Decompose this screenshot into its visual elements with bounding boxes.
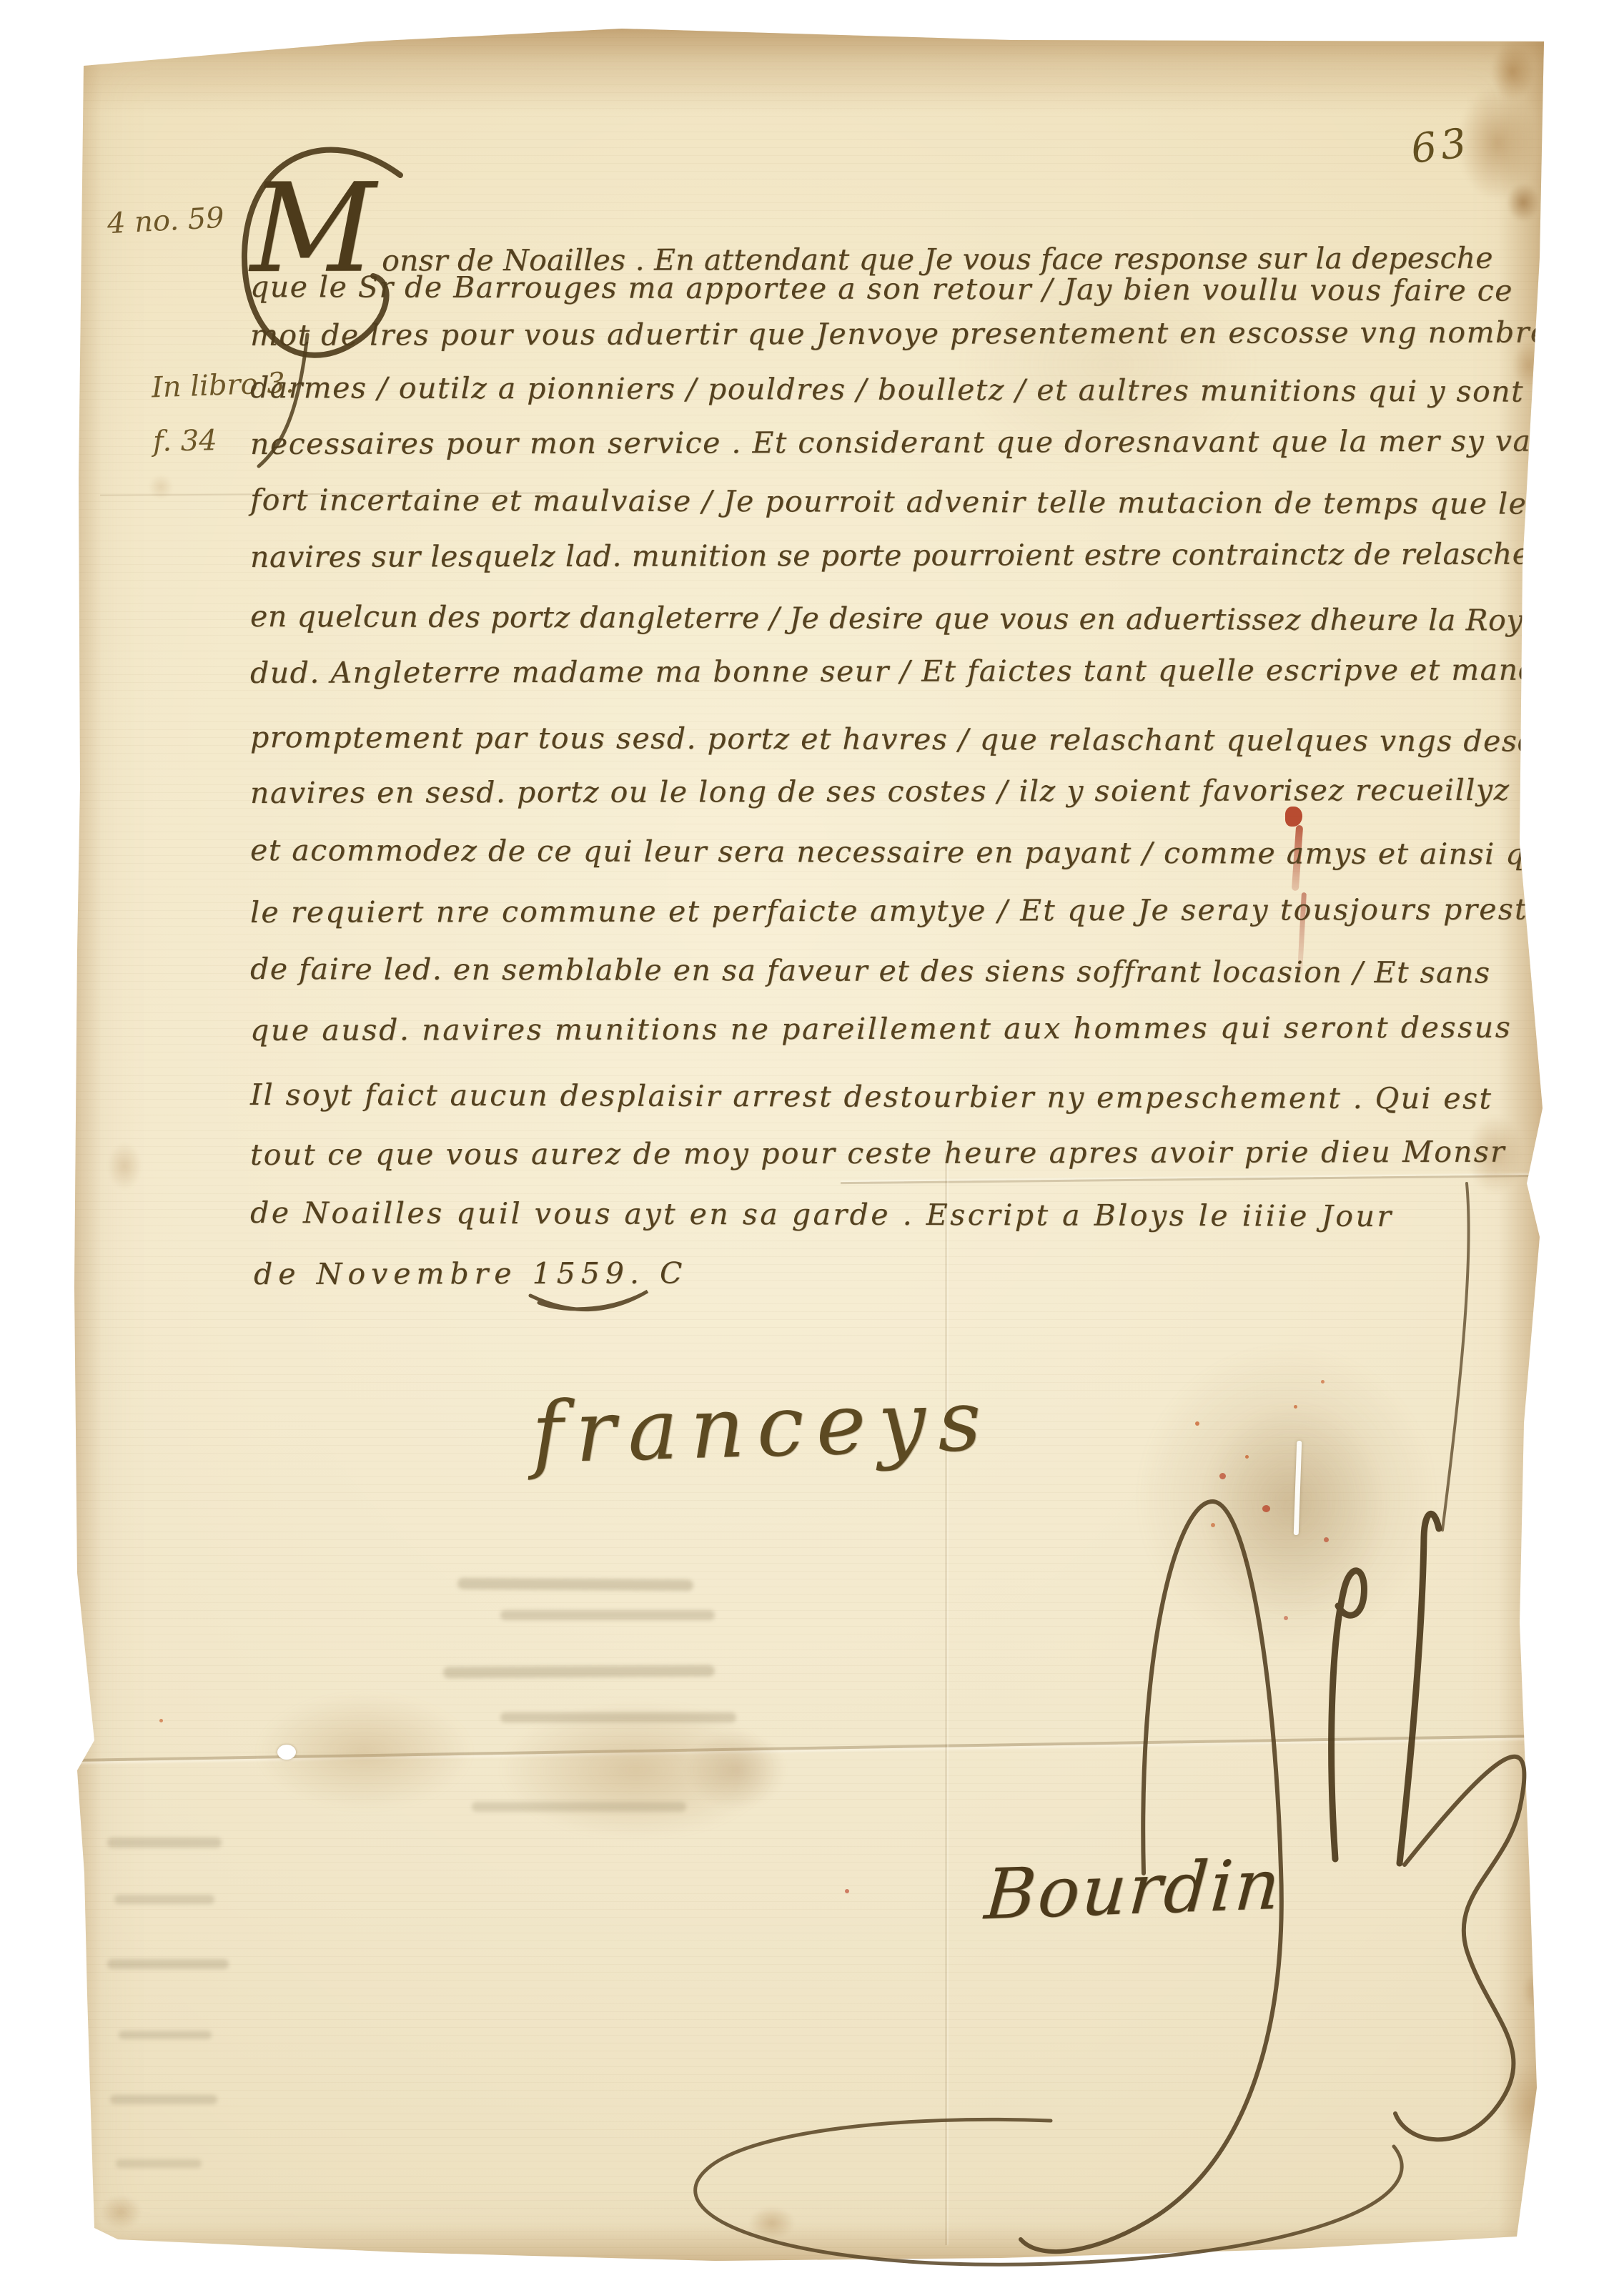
top-edge-browning — [69, 21, 1548, 114]
letter-line: navires sur lesquelz lad. munition se po… — [250, 537, 1545, 574]
photograph-background: { "folio": { "number": "63" }, "annotati… — [0, 0, 1624, 2288]
letter-line: necessaires pour mon service . Et consid… — [250, 424, 1531, 461]
wax-speck — [159, 1719, 163, 1722]
wax-speck — [1294, 1405, 1297, 1409]
foxing-spot — [749, 2206, 795, 2239]
wax-drop — [1285, 807, 1302, 827]
left-edge-browning — [69, 21, 101, 2267]
foxing-spot — [100, 2195, 142, 2229]
folio-number: 63 — [1408, 119, 1473, 173]
seal-stain — [1137, 1344, 1437, 1652]
letter-line: de Noailles quil vous ayt en sa garde . … — [250, 1195, 1394, 1233]
foxing-spot — [1522, 1971, 1557, 2011]
fold-crease-lower — [73, 1735, 1545, 1762]
margin-note-folio: f. 34 — [153, 424, 218, 458]
letter-line: de Novembre 1559. C — [254, 1256, 688, 1291]
letter-line: navires en sesd. portz ou le long de ses… — [250, 773, 1510, 810]
letter-sheet: 63 4 no. 59 In libro 3. f. 34 Monsr de N… — [69, 21, 1548, 2267]
show-through-text — [114, 1895, 214, 1904]
show-through-text — [472, 1802, 686, 1812]
wax-speck — [1211, 1523, 1215, 1527]
foxing-spot — [149, 475, 173, 499]
foxing-spot — [1507, 183, 1540, 222]
wax-speck — [1321, 1380, 1325, 1384]
letter-line: darmes / outilz a pionniers / pouldres /… — [250, 370, 1524, 409]
bottom-edge-browning — [69, 2224, 1548, 2267]
letter-line: en quelcun des portz dangleterre / Je de… — [250, 599, 1560, 638]
wax-speck — [1219, 1473, 1226, 1479]
wax-speck — [1195, 1421, 1199, 1426]
margin-note-date: 4 no. 59 — [107, 202, 225, 241]
secretary-countersignature: Bourdin — [982, 1844, 1284, 1936]
show-through-text — [500, 1610, 715, 1620]
royal-signature: franceys — [530, 1371, 994, 1482]
letter-line: et acommodez de ce qui leur sera necessa… — [250, 833, 1564, 872]
fold-stain — [500, 1702, 772, 1838]
fold-stain — [686, 1730, 786, 1809]
fold-crease-middle — [841, 1175, 1548, 1184]
wax-speck — [1284, 1616, 1288, 1620]
letter-line: fort incertaine et maulvaise / Je pourro… — [250, 483, 1543, 521]
seal-slit — [1294, 1441, 1302, 1535]
fold-stain — [257, 1695, 472, 1809]
foxing-spot — [107, 1143, 142, 1190]
wax-speck — [845, 1889, 849, 1893]
show-through-text — [110, 2095, 217, 2104]
letter-line: mot de lres pour vous aduertir que Jenvo… — [250, 315, 1549, 352]
seal-stain-core — [1201, 1401, 1387, 1616]
wax-speck — [1245, 1455, 1249, 1459]
show-through-text — [119, 2031, 212, 2039]
letter-line: tout ce que vous aurez de moy pour ceste… — [250, 1135, 1506, 1172]
show-through-text — [500, 1712, 736, 1722]
vertical-crease — [945, 1151, 947, 2245]
letter-line: promptement par tous sesd. portz et havr… — [250, 720, 1548, 759]
letter-line: que le Sr de Barrouges ma apportee a son… — [250, 270, 1513, 308]
letter-line: le requiert nre commune et perfaicte amy… — [250, 892, 1528, 929]
letter-line: Il soyt faict aucun desplaisir arrest de… — [250, 1078, 1492, 1115]
wax-speck — [1262, 1505, 1270, 1512]
show-through-text — [116, 2159, 202, 2168]
foxing-spot — [1520, 1632, 1548, 1676]
show-through-text — [107, 1838, 222, 1848]
show-through-text — [443, 1665, 715, 1679]
paper-hole — [277, 1745, 296, 1760]
show-through-text — [457, 1578, 693, 1591]
foxing-spot — [1491, 43, 1534, 100]
letter-line: de faire led. en semblable en sa faveur … — [250, 952, 1491, 990]
wax-speck — [1244, 1559, 1247, 1562]
letter-line: dud. Angleterre madame ma bonne seur / E… — [250, 653, 1557, 690]
letter-line: que ausd. navires munitions ne pareillem… — [250, 1010, 1512, 1047]
wax-speck — [1324, 1537, 1329, 1542]
foxing-spot — [1500, 2063, 1564, 2149]
show-through-text — [107, 1959, 229, 1969]
